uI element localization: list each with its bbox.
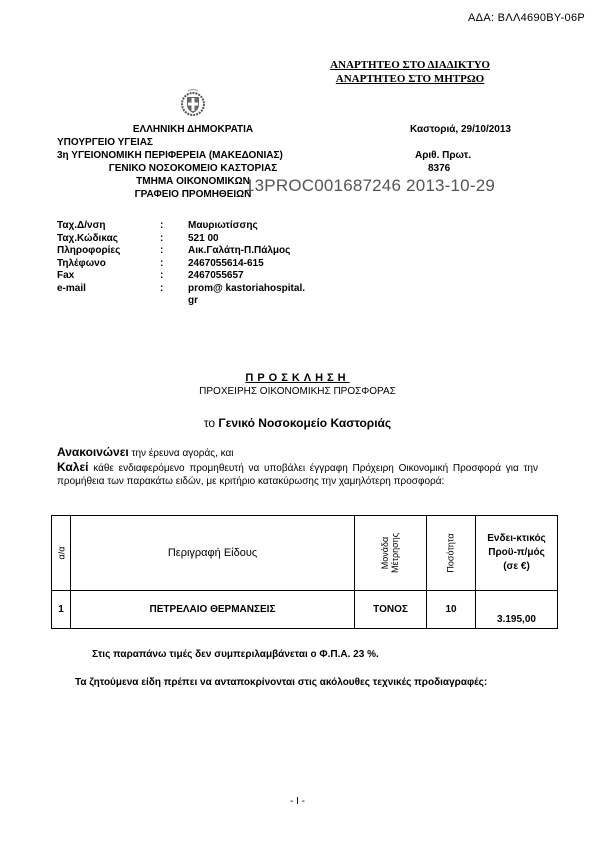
- posting-notice-registry: ΑΝΑΡΤΗΤΕΟ ΣΤΟ ΜΗΤΡΩΟ: [305, 73, 515, 85]
- ada-code: ΑΔΑ: ΒΛΛ4690ΒΥ-06Ρ: [468, 12, 585, 24]
- coat-of-arms-icon: [180, 88, 206, 118]
- cell-unit: ΤΟΝΟΣ: [355, 591, 427, 629]
- announce-verb: Ανακοινώνει: [57, 445, 129, 459]
- cell-description: ΠΕΤΡΕΛΑΙΟ ΘΕΡΜΑΝΣΕΙΣ: [71, 591, 355, 629]
- col-aa: α/α: [52, 516, 71, 591]
- invite-paragraph: Καλεί κάθε ενδιαφερόμενο προμηθευτή να υ…: [57, 461, 538, 488]
- cell-quantity: 10: [427, 591, 476, 629]
- items-table: α/α Περιγραφή Είδους ΜονάδαΜέτρησης Ποσό…: [51, 515, 558, 629]
- contact-info: Ταχ.Δ/νση:Μαυριωτίσσης Ταχ.Κώδικας:521 0…: [57, 220, 308, 308]
- invite-verb: Καλεί: [57, 460, 88, 474]
- place-date: Καστοριά, 29/10/2013: [410, 124, 511, 135]
- issuer-line: το Γενικό Νοσοκομείο Καστοριάς: [0, 416, 595, 430]
- cell-aa: 1: [52, 591, 71, 629]
- vat-note: Στις παραπάνω τιμές δεν συμπεριλαμβάνετα…: [57, 648, 538, 661]
- invite-text: κάθε ενδιαφερόμενο προμηθευτή να υποβάλε…: [57, 463, 538, 487]
- protocol-watermark: 13PROC001687246 2013-10-29: [245, 176, 495, 196]
- header-ministry: ΥΠΟΥΡΓΕΙΟ ΥΓΕΙΑΣ: [57, 137, 153, 148]
- col-budget: Ενδει-κτικός Προϋ-π/μός (σε €): [476, 516, 558, 591]
- document-subtitle: ΠΡΟΧΕΙΡΗΣ ΟΙΚΟΝΟΜΙΚΗΣ ΠΡΟΣΦΟΡΑΣ: [0, 386, 595, 397]
- contact-row-info: Πληροφορίες:Αικ.Γαλάτη-Π.Πάλμος: [57, 245, 308, 258]
- header-health-region: 3η ΥΓΕΙΟΝΟΜΙΚΗ ΠΕΡΙΦΕΡΕΙΑ (ΜΑΚΕΔΟΝΙΑΣ): [57, 150, 283, 161]
- page-number: - Ι -: [0, 796, 595, 807]
- announce-paragraph: Ανακοινώνει την έρευνα αγοράς, και: [57, 446, 538, 460]
- table-header-row: α/α Περιγραφή Είδους ΜονάδαΜέτρησης Ποσό…: [52, 516, 558, 591]
- cell-budget: 3.195,00: [476, 591, 558, 629]
- contact-row-phone: Τηλέφωνο:2467055614-615: [57, 258, 308, 271]
- contact-row-postcode: Ταχ.Κώδικας:521 00: [57, 233, 308, 246]
- posting-notice-internet: ΑΝΑΡΤΗΤΕΟ ΣΤΟ ΔΙΑΔΙΚΤΥΟ: [305, 59, 515, 71]
- table-row: 1 ΠΕΤΡΕΛΑΙΟ ΘΕΡΜΑΝΣΕΙΣ ΤΟΝΟΣ 10 3.195,00: [52, 591, 558, 629]
- protocol-label: Αριθ. Πρωτ.: [415, 150, 471, 161]
- header-republic: ΕΛΛΗΝΙΚΗ ΔΗΜΟΚΡΑΤΙΑ: [58, 124, 328, 135]
- contact-row-address: Ταχ.Δ/νση:Μαυριωτίσσης: [57, 220, 308, 233]
- specs-note: Τα ζητούμενα είδη πρέπει να ανταποκρίνον…: [57, 676, 538, 689]
- col-description: Περιγραφή Είδους: [71, 516, 355, 591]
- header-hospital: ΓΕΝΙΚΟ ΝΟΣΟΚΟΜΕΙΟ ΚΑΣΤΟΡΙΑΣ: [58, 163, 328, 174]
- col-quantity: Ποσότητα: [427, 516, 476, 591]
- col-unit: ΜονάδαΜέτρησης: [355, 516, 427, 591]
- document-title: ΠΡΟΣΚΛΗΣΗ: [0, 372, 595, 384]
- issuer-name: Γενικό Νοσοκομείο Καστοριάς: [218, 416, 391, 430]
- issuer-prefix: το: [204, 416, 215, 430]
- protocol-number: 8376: [428, 163, 450, 174]
- contact-row-email: e-mail:prom@ kastoriahospital.gr: [57, 283, 308, 308]
- contact-row-fax: Fax:2467055657: [57, 270, 308, 283]
- announce-text: την έρευνα αγοράς, και: [129, 448, 234, 459]
